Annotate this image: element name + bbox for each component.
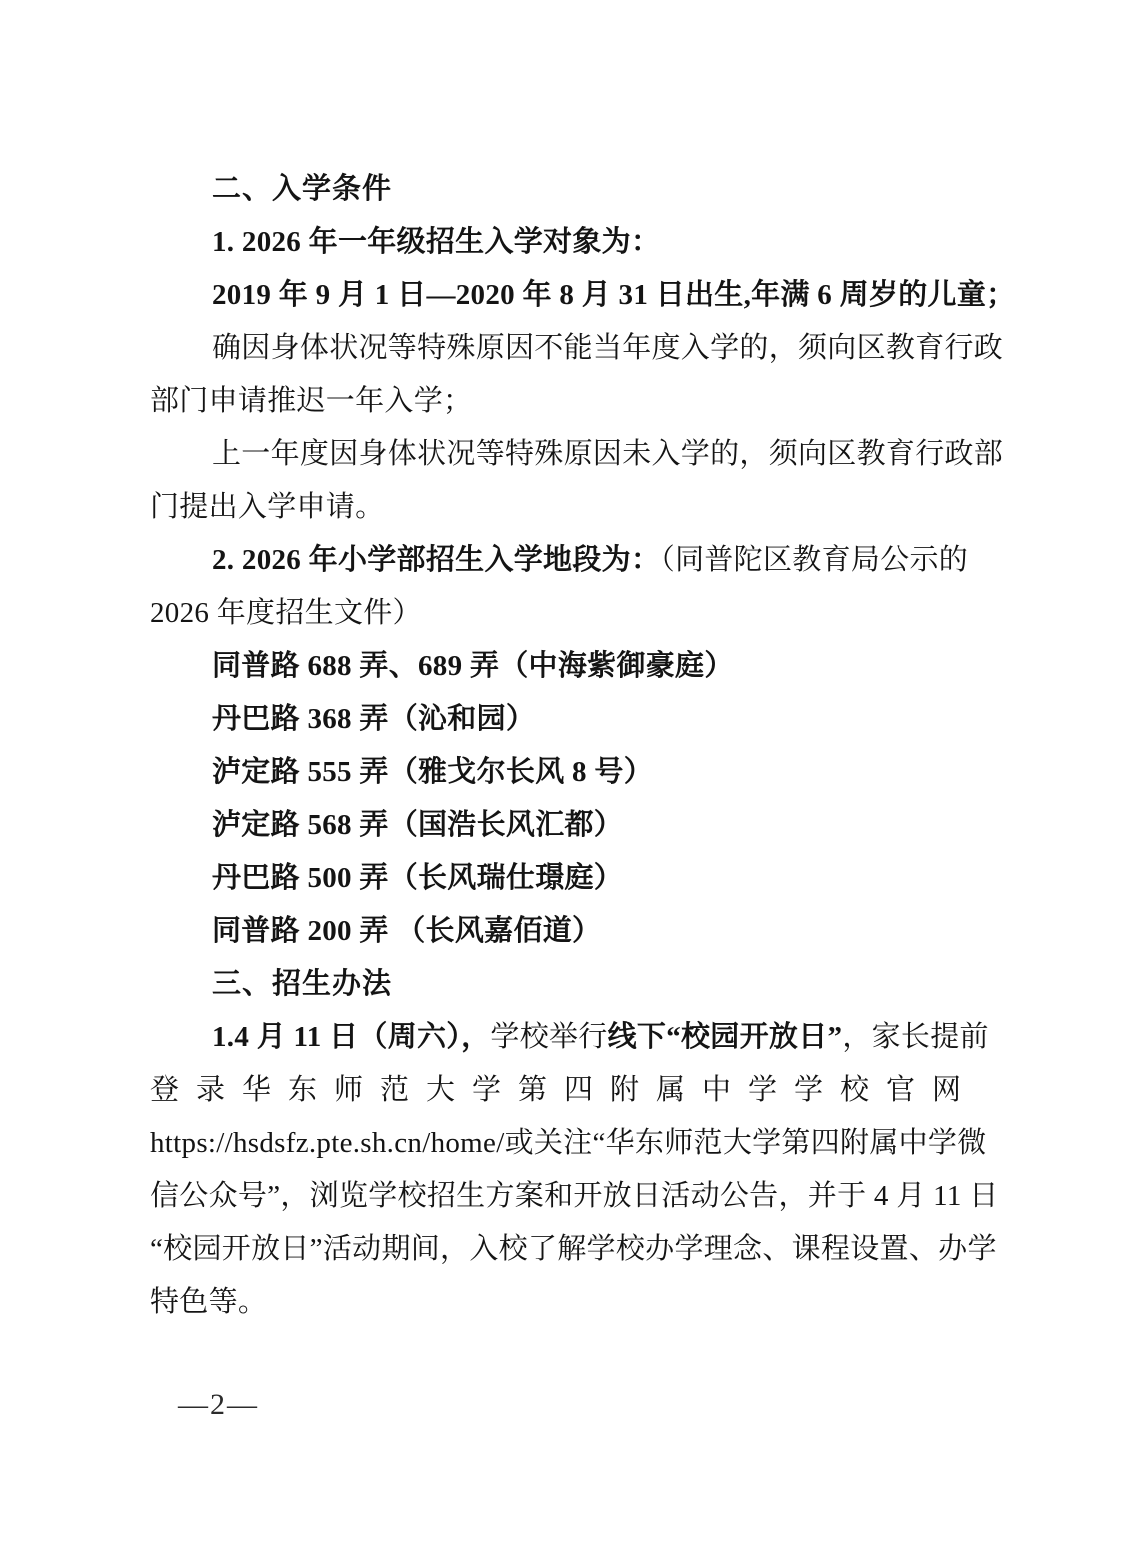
page-number: —2— — [178, 1385, 259, 1425]
text-segment: 泸定路 568 弄（国浩长风汇都） — [212, 809, 623, 841]
open-day-line-3-url: https://hsdsfz.pte.sh.cn/home/或关注“华东师范大学… — [150, 1117, 995, 1170]
document-page: 二、入学条件1. 2026 年一年级招生入学对象为：2019 年 9 月 1 日… — [0, 0, 1125, 1546]
text-segment: 三、招生办法 — [212, 968, 392, 1000]
address-luding-555: 泸定路 555 弄（雅戈尔长风 8 号） — [150, 746, 995, 799]
text-segment: 1.4 月 11 日（周六）， — [212, 1021, 490, 1053]
text-segment: 登录华东师范大学第四附属中学学校官网 — [150, 1074, 978, 1106]
deferral-paragraph-line-1: 确因身体状况等特殊原因不能当年度入学的，须向区教育行政 — [150, 322, 995, 375]
text-segment: 泸定路 555 弄（雅戈尔长风 8 号） — [212, 756, 653, 788]
text-segment: 部门申请推迟一年入学； — [150, 385, 472, 417]
text-segment: 1. 2026 年一年级招生入学对象为： — [212, 226, 660, 258]
text-segment: 特色等。 — [150, 1286, 267, 1318]
text-segment: 丹巴路 368 弄（沁和园） — [212, 703, 535, 735]
text-segment: 同普路 688 弄、689 弄（中海紫御豪庭） — [212, 650, 734, 682]
section-heading-enrollment-conditions: 二、入学条件 — [150, 163, 995, 216]
text-segment: 门提出入学申请。 — [150, 491, 384, 523]
text-segment: 上一年度因身体状况等特殊原因未入学的，须向区教育行政部 — [212, 438, 1003, 470]
item-1-enrollment-target: 1. 2026 年一年级招生入学对象为： — [150, 216, 995, 269]
open-day-line-4: 信公众号”，浏览学校招生方案和开放日活动公告，并于 4 月 11 日 — [150, 1170, 995, 1223]
text-segment: 2. 2026 年小学部招生入学地段为： — [212, 544, 660, 576]
open-day-line-1: 1.4 月 11 日（周六），学校举行线下“校园开放日”，家长提前 — [150, 1011, 995, 1064]
birthdate-range-line: 2019 年 9 月 1 日—2020 年 8 月 31 日出生,年满 6 周岁… — [150, 269, 995, 322]
section-heading-enrollment-method: 三、招生办法 — [150, 958, 995, 1011]
item-2-district-line-2: 2026 年度招生文件） — [150, 587, 995, 640]
text-segment: 或关注“华东师范大学第四附属中学微 — [505, 1127, 987, 1159]
text-segment: 确因身体状况等特殊原因不能当年度入学的，须向区教育行政 — [212, 332, 1003, 364]
prior-year-paragraph-line-2: 门提出入学申请。 — [150, 481, 995, 534]
text-segment: 线下“校园开放日” — [608, 1021, 843, 1053]
document-body: 二、入学条件1. 2026 年一年级招生入学对象为：2019 年 9 月 1 日… — [150, 163, 995, 1329]
text-segment: 信公众号”，浏览学校招生方案和开放日活动公告，并于 4 月 11 日 — [150, 1180, 999, 1212]
text-segment: “校园开放日”活动期间，入校了解学校办学理念、课程设置、办学 — [150, 1233, 997, 1265]
text-segment: 2019 年 9 月 1 日—2020 年 8 月 31 日出生,年满 6 周岁… — [212, 279, 1015, 311]
open-day-line-5: “校园开放日”活动期间，入校了解学校办学理念、课程设置、办学 — [150, 1223, 995, 1276]
url-text: https://hsdsfz.pte.sh.cn/home/ — [150, 1127, 505, 1159]
address-luding-568: 泸定路 568 弄（国浩长风汇都） — [150, 799, 995, 852]
address-danba-500: 丹巴路 500 弄（长风瑞仕璟庭） — [150, 852, 995, 905]
text-segment: 二、入学条件 — [212, 173, 392, 205]
address-tongpu-200: 同普路 200 弄 （长风嘉佰道） — [150, 905, 995, 958]
text-segment: 同普路 200 弄 （长风嘉佰道） — [212, 915, 601, 947]
address-danba-368: 丹巴路 368 弄（沁和园） — [150, 693, 995, 746]
prior-year-paragraph-line-1: 上一年度因身体状况等特殊原因未入学的，须向区教育行政部 — [150, 428, 995, 481]
text-segment: 学校举行 — [490, 1021, 607, 1053]
text-segment: （同普陀区教育局公示的 — [660, 544, 968, 576]
text-segment: ，家长提前 — [842, 1021, 989, 1053]
address-tongpu-688: 同普路 688 弄、689 弄（中海紫御豪庭） — [150, 640, 995, 693]
deferral-paragraph-line-2: 部门申请推迟一年入学； — [150, 375, 995, 428]
open-day-line-6: 特色等。 — [150, 1276, 995, 1329]
text-segment: 丹巴路 500 弄（长风瑞仕璟庭） — [212, 862, 623, 894]
open-day-line-2-justified: 登录华东师范大学第四附属中学学校官网 — [150, 1064, 995, 1117]
item-2-district-line-1: 2. 2026 年小学部招生入学地段为：（同普陀区教育局公示的 — [150, 534, 995, 587]
text-segment: 2026 年度招生文件） — [150, 597, 422, 629]
